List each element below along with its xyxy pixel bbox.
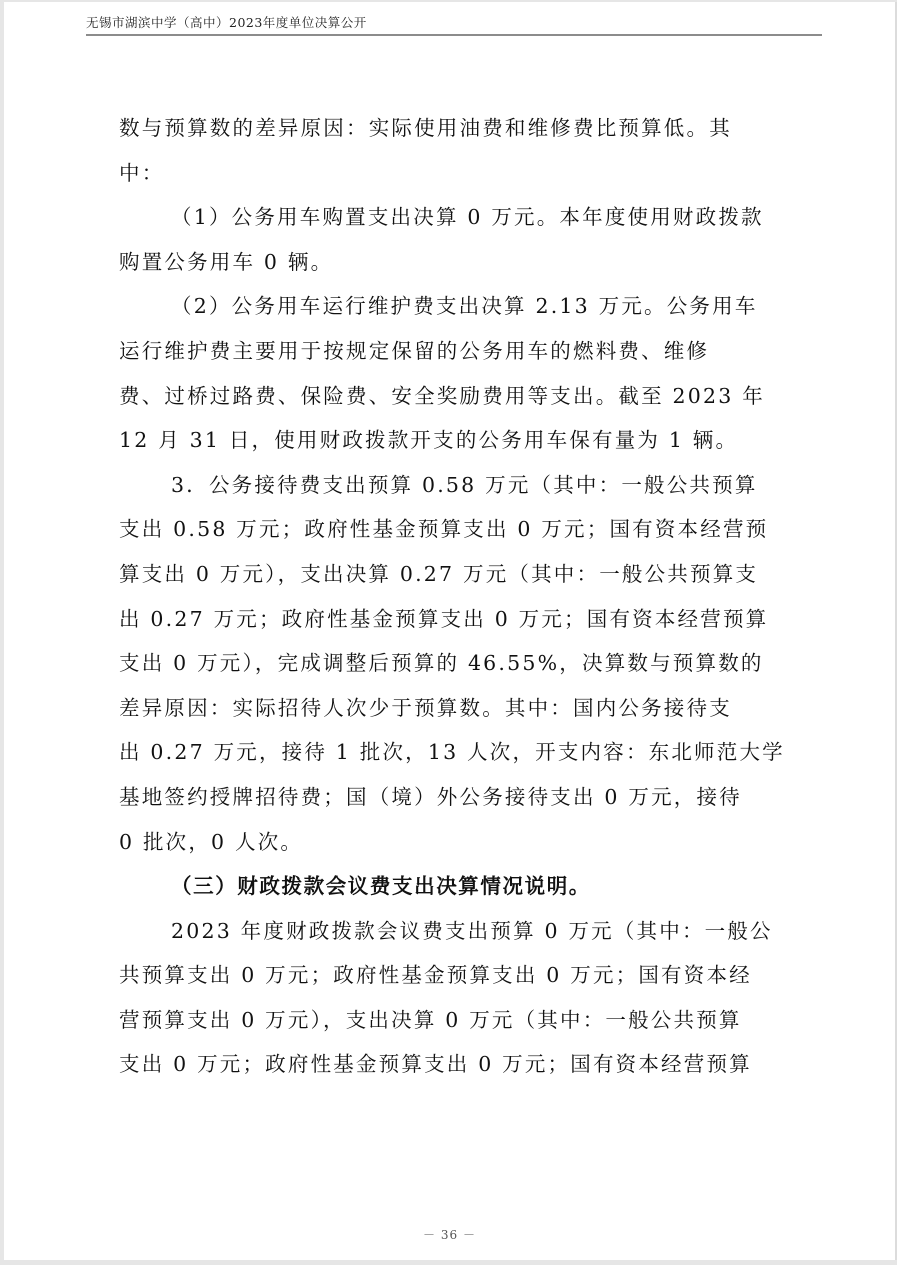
paragraph-vehicle-maintenance: （2）公务用车运行维护费支出决算 2.13 万元。公务用车 运行维护费主要用于按…	[119, 284, 787, 462]
paragraph-meeting-expense: 2023 年度财政拨款会议费支出预算 0 万元（其中：一般公 共预算支出 0 万…	[119, 909, 787, 1087]
text-line: 12 月 31 日，使用财政拨款开支的公务用车保有量为 1 辆。	[119, 418, 787, 463]
section-heading: （三）财政拨款会议费支出决算情况说明。	[119, 864, 787, 909]
paragraph-vehicle-purchase: （1）公务用车购置支出决算 0 万元。本年度使用财政拨款 购置公务用车 0 辆。	[119, 195, 787, 284]
text-line: 差异原因：实际招待人次少于预算数。其中：国内公务接待支	[119, 686, 787, 731]
text-line: 2023 年度财政拨款会议费支出预算 0 万元（其中：一般公	[119, 909, 787, 954]
text-line: 购置公务用车 0 辆。	[119, 240, 787, 285]
text-line: 支出 0 万元），完成调整后预算的 46.55%，决算数与预算数的	[119, 641, 787, 686]
text-line: 费、过桥过路费、保险费、安全奖励费用等支出。截至 2023 年	[119, 374, 787, 419]
text-line: 数与预算数的差异原因：实际使用油费和维修费比预算低。其	[119, 106, 787, 151]
paragraph-continuation: 数与预算数的差异原因：实际使用油费和维修费比预算低。其 中：	[119, 106, 787, 195]
text-line: 运行维护费主要用于按规定保留的公务用车的燃料费、维修	[119, 329, 787, 374]
heading-text: （三）财政拨款会议费支出决算情况说明。	[119, 864, 787, 909]
text-line: 3．公务接待费支出预算 0.58 万元（其中：一般公共预算	[119, 463, 787, 508]
text-line: 出 0.27 万元，接待 1 批次，13 人次，开支内容：东北师范大学	[119, 730, 787, 775]
text-line: 中：	[119, 151, 787, 196]
text-line: （2）公务用车运行维护费支出决算 2.13 万元。公务用车	[119, 284, 787, 329]
text-line: 算支出 0 万元），支出决算 0.27 万元（其中：一般公共预算支	[119, 552, 787, 597]
text-line: 基地签约授牌招待费；国（境）外公务接待支出 0 万元，接待	[119, 775, 787, 820]
text-line: 出 0.27 万元；政府性基金预算支出 0 万元；国有资本经营预算	[119, 597, 787, 642]
text-line: （1）公务用车购置支出决算 0 万元。本年度使用财政拨款	[119, 195, 787, 240]
body-text: 数与预算数的差异原因：实际使用油费和维修费比预算低。其 中： （1）公务用车购置…	[119, 106, 787, 1087]
text-line: 营预算支出 0 万元），支出决算 0 万元（其中：一般公共预算	[119, 998, 787, 1043]
text-line: 共预算支出 0 万元；政府性基金预算支出 0 万元；国有资本经	[119, 953, 787, 998]
text-line: 0 批次，0 人次。	[119, 820, 787, 865]
paragraph-reception-expense: 3．公务接待费支出预算 0.58 万元（其中：一般公共预算 支出 0.58 万元…	[119, 463, 787, 864]
text-line: 支出 0.58 万元；政府性基金预算支出 0 万元；国有资本经营预	[119, 507, 787, 552]
text-line: 支出 0 万元；政府性基金预算支出 0 万元；国有资本经营预算	[119, 1042, 787, 1087]
running-header: 无锡市湖滨中学（高中）2023年度单位决算公开	[86, 14, 822, 36]
document-page: 无锡市湖滨中学（高中）2023年度单位决算公开 数与预算数的差异原因：实际使用油…	[4, 2, 897, 1260]
page-number: － 36 －	[4, 1226, 895, 1243]
